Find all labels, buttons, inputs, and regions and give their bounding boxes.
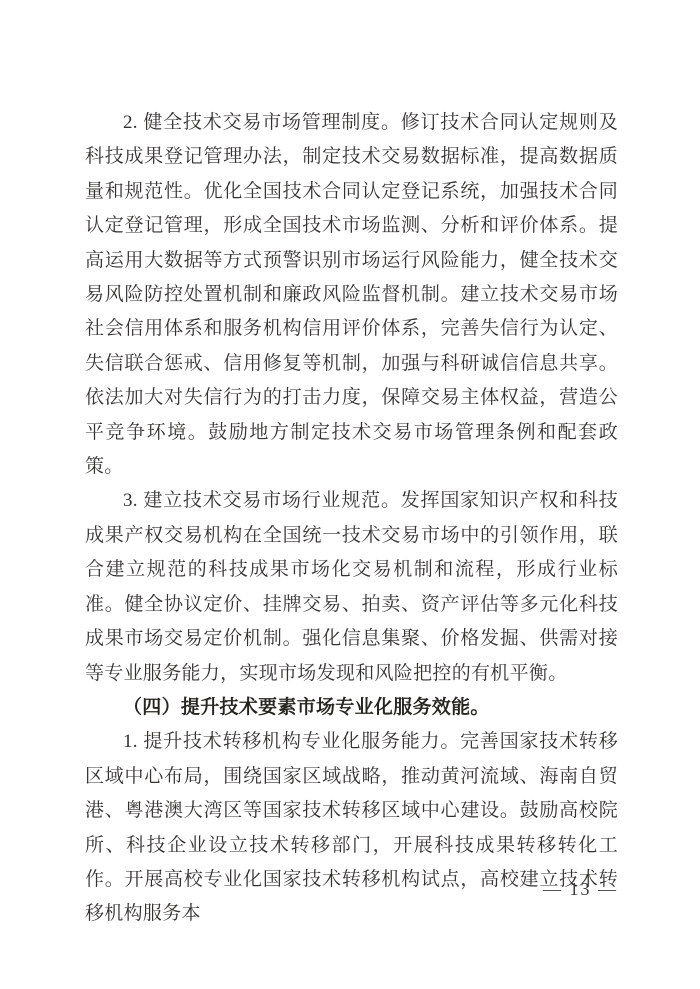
paragraph-tech-market-industry-standards: 3. 建立技术交易市场行业规范。发挥国家知识产权和科技成果产权交易机构在全国统一…	[85, 484, 618, 690]
page-number: — 13 —	[0, 879, 618, 900]
paragraph-tech-transfer-service-capability: 1. 提升技术转移机构专业化服务能力。完善国家技术转移区域中心布局，围绕国家区域…	[85, 725, 618, 931]
document-body: 2. 健全技术交易市场管理制度。修订技术合同认定规则及科技成果登记管理办法，制定…	[85, 106, 618, 932]
document-page: 2. 健全技术交易市场管理制度。修订技术合同认定规则及科技成果登记管理办法，制定…	[0, 0, 700, 989]
paragraph-tech-market-management-system: 2. 健全技术交易市场管理制度。修订技术合同认定规则及科技成果登记管理办法，制定…	[85, 106, 618, 484]
section-heading-four: （四）提升技术要素市场专业化服务效能。	[85, 691, 618, 725]
